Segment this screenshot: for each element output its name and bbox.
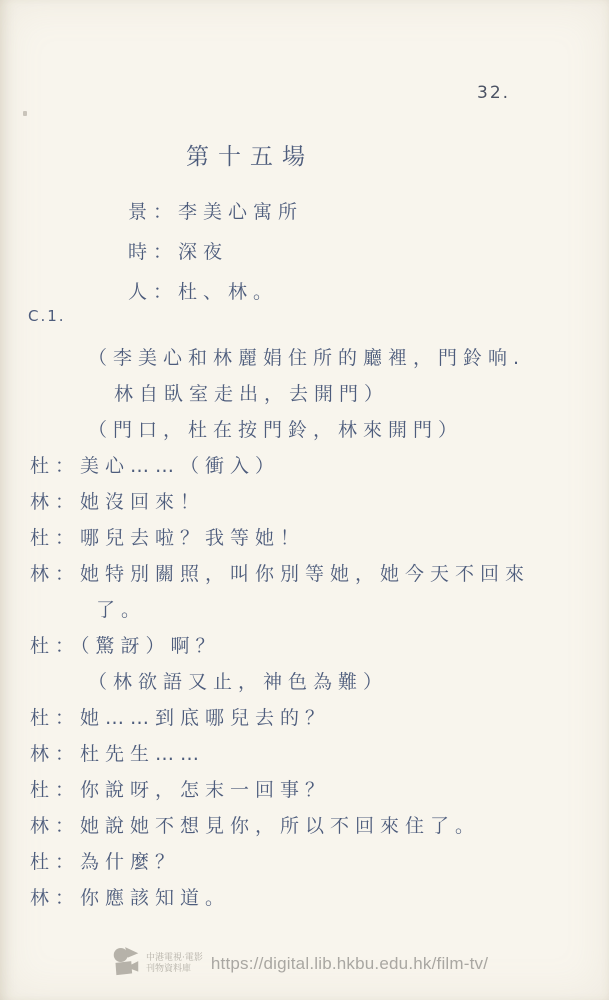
scene-cast-value: 杜、林。 (178, 281, 278, 303)
watermark-label-line1: 中港電視·電影 (146, 953, 203, 963)
cue-number: C.1. (28, 307, 66, 325)
watermark-label: 中港電視·電影 刊物資料庫 (146, 953, 203, 975)
watermark: 中港電視·電影 刊物資料庫 https://digital.lib.hkbu.e… (112, 945, 488, 983)
dialogue-line: 林：杜先生…… (30, 736, 590, 772)
stage-direction: （李美心和林麗娟住所的廳裡，門鈴响. (30, 340, 590, 376)
script-page: 32. 第十五場 景：李美心寓所 時：深夜 人：杜、林。 C.1. （李美心和林… (0, 0, 609, 1000)
scene-title: 第十五場 (186, 138, 314, 171)
scene-time-value: 深夜 (178, 241, 228, 263)
dialogue-line: 杜：（驚訝）啊？ (30, 628, 590, 664)
stage-direction: 林自臥室走出，去開門） (30, 376, 590, 412)
separator: ： (153, 201, 178, 223)
scene-time-line: 時：深夜 (128, 237, 303, 277)
page-number: 32. (477, 83, 510, 103)
scene-cast-label: 人 (128, 281, 153, 303)
dialogue-line: 杜：你說呀，怎末一回事？ (30, 772, 590, 808)
dialogue-line: 林：你應該知道。 (30, 880, 590, 916)
dialogue-line: 杜：她……到底哪兒去的？ (30, 700, 590, 736)
stage-direction: （門口，杜在按門鈴，林來開門） (30, 412, 590, 448)
scene-header: 景：李美心寓所 時：深夜 人：杜、林。 (128, 197, 303, 317)
dialogue-line: 杜：為什麼？ (30, 844, 590, 880)
scene-location-value: 李美心寓所 (178, 201, 303, 223)
separator: ： (153, 241, 178, 263)
dialogue-line-continuation: 了。 (30, 592, 590, 628)
film-camera-icon (112, 945, 140, 983)
separator: ： (153, 281, 178, 303)
scene-location-line: 景：李美心寓所 (128, 197, 303, 237)
dialogue-line: 林：她特別關照，叫你別等她，她今天不回來 (30, 556, 590, 592)
stage-direction: （林欲語又止，神色為難） (30, 664, 590, 700)
dialogue-line: 杜：美心……（衝入） (30, 448, 590, 484)
paper-speck (23, 111, 27, 116)
dialogue-line: 林：她沒回來！ (30, 484, 590, 520)
scene-time-label: 時 (128, 241, 153, 263)
dialogue-line: 杜：哪兒去啦？我等她！ (30, 520, 590, 556)
watermark-label-line2: 刊物資料庫 (146, 964, 191, 974)
watermark-url: https://digital.lib.hkbu.edu.hk/film-tv/ (211, 954, 488, 974)
scene-location-label: 景 (128, 201, 153, 223)
script-body: （李美心和林麗娟住所的廳裡，門鈴响. 林自臥室走出，去開門） （門口，杜在按門鈴… (30, 340, 590, 916)
scene-cast-line: 人：杜、林。 (128, 277, 303, 317)
dialogue-line: 林：她說她不想見你，所以不回來住了。 (30, 808, 590, 844)
